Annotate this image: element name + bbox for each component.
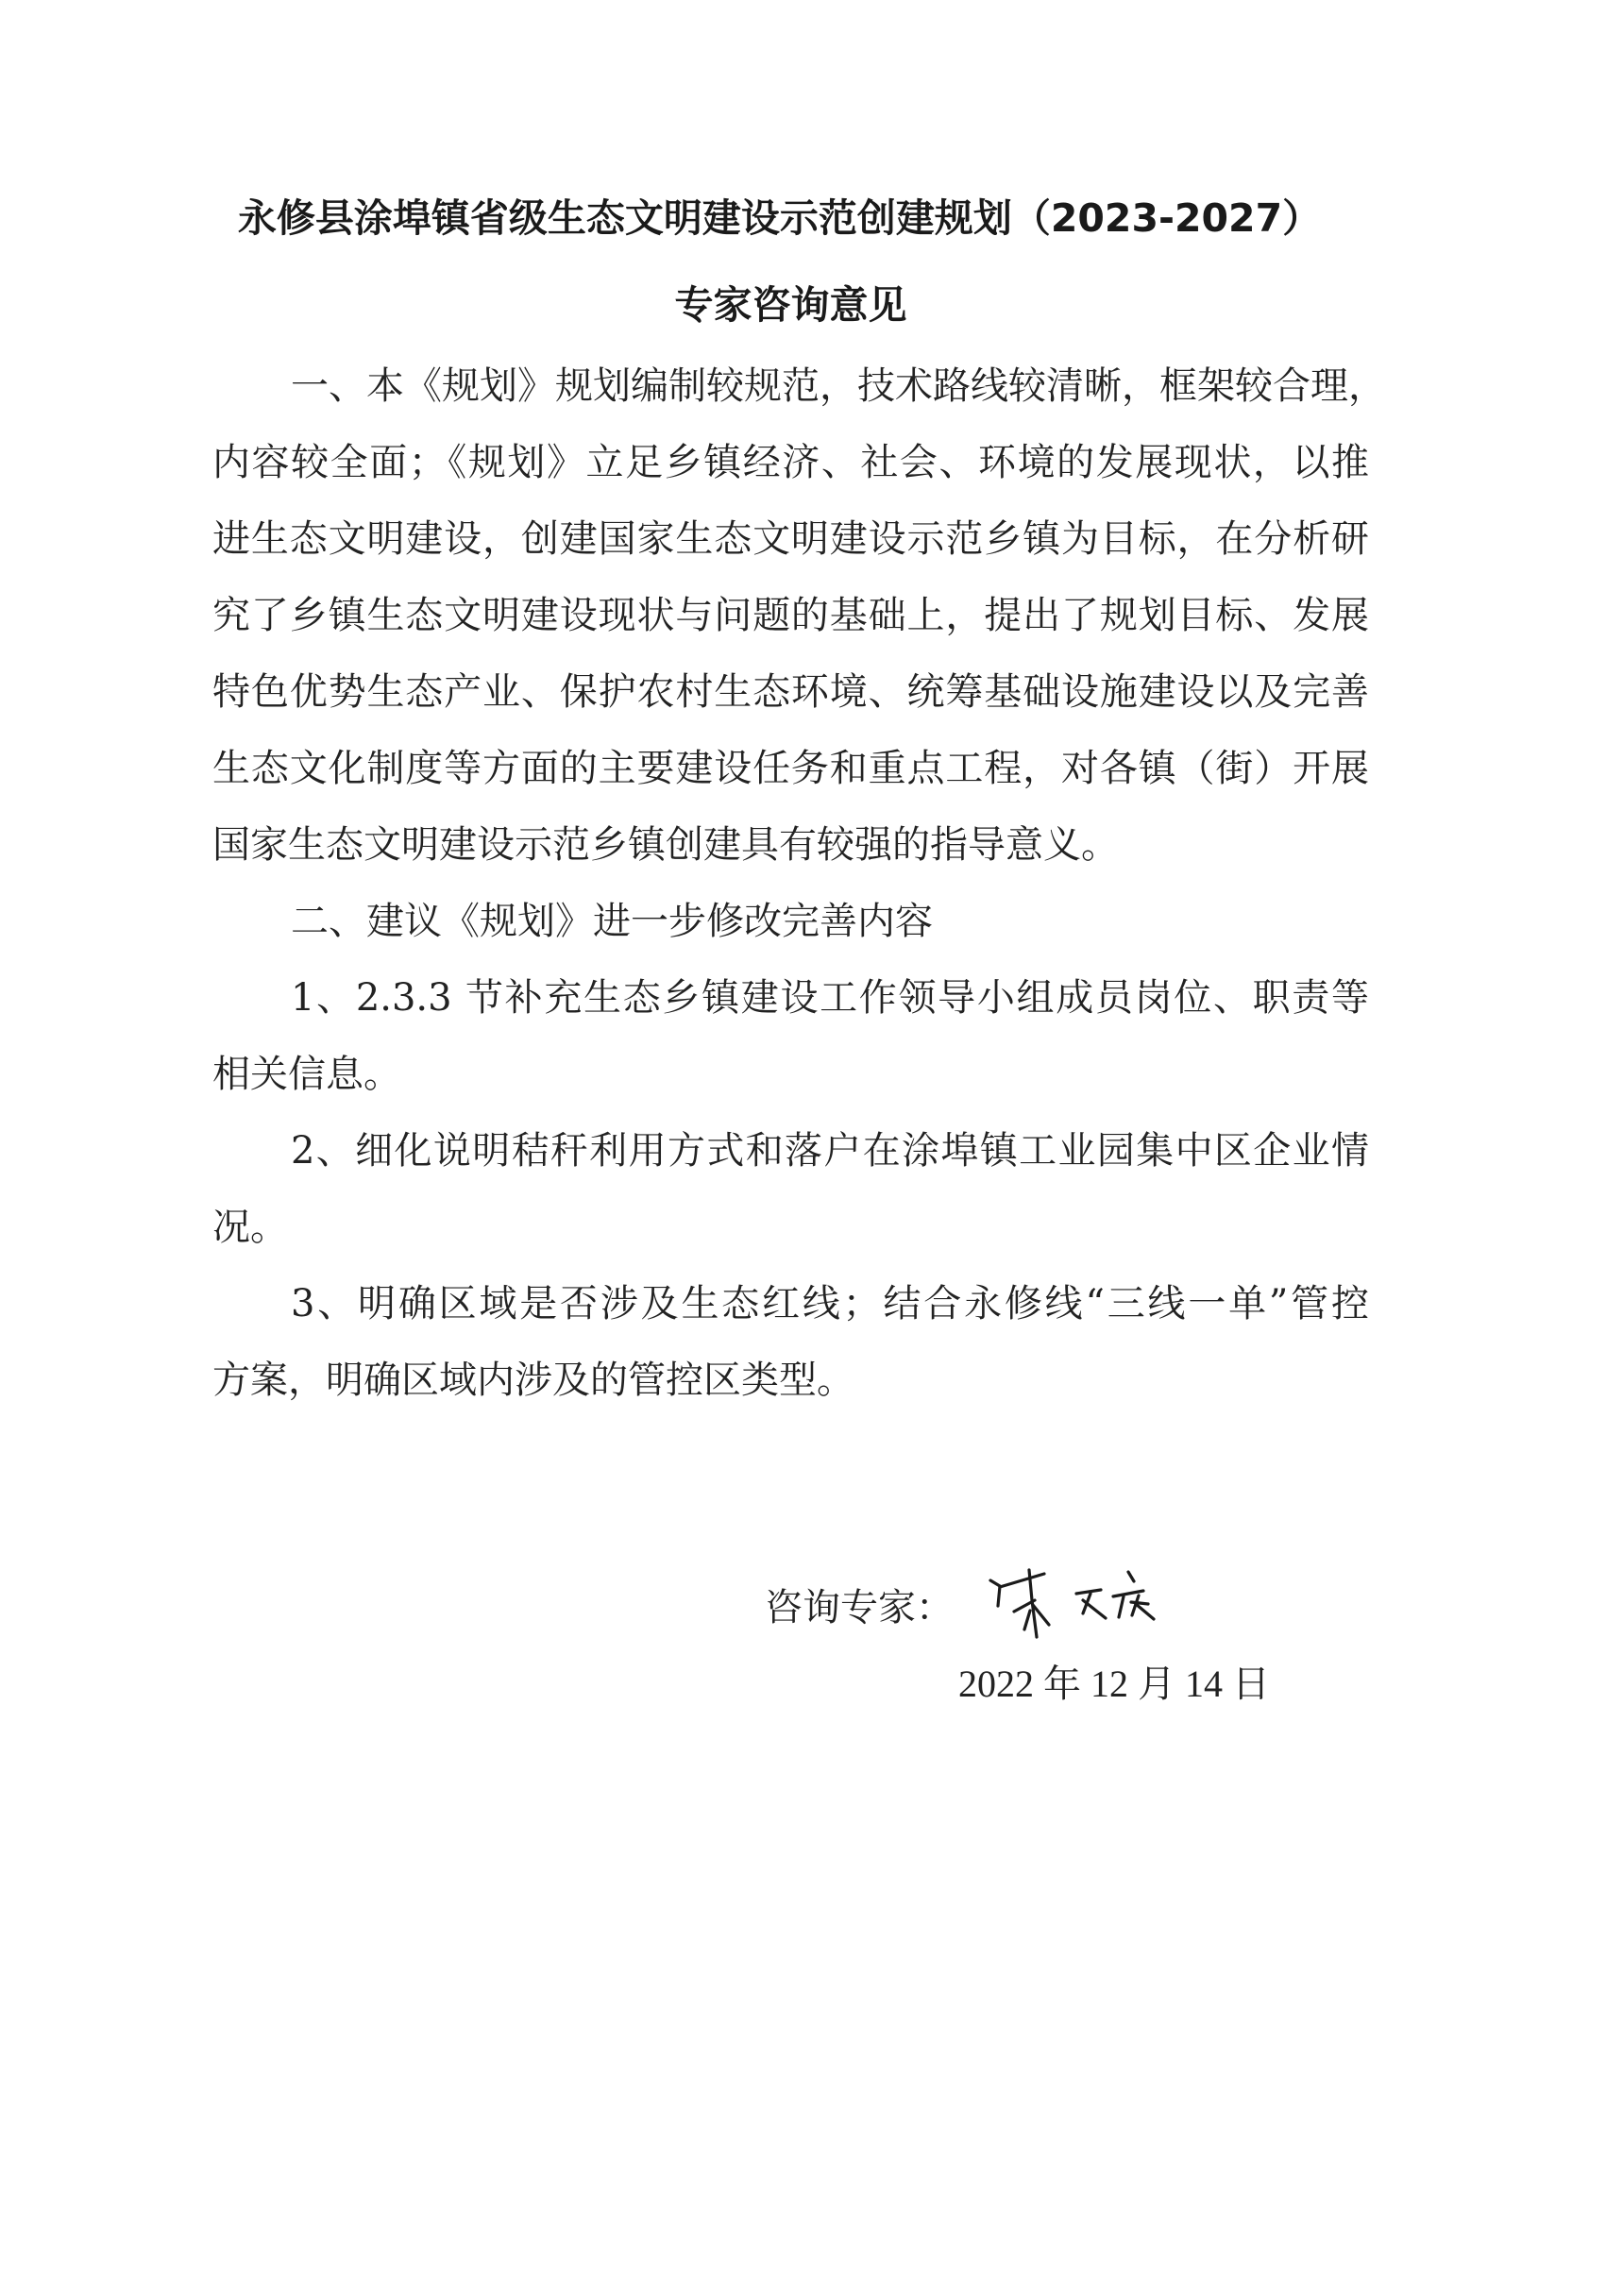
document-title: 永修县涂埠镇省级生态文明建设示范创建规划（2023-2027） — [201, 194, 1358, 242]
suggestion-item-3: 3、明确区域是否涉及生态红线；结合永修线“三线一单”管控 方案，明确区域内涉及的… — [212, 1266, 1369, 1419]
paragraph-line: 1、2.3.3 节补充生态乡镇建设工作领导小组成员岗位、职责等 — [212, 960, 1369, 1037]
paragraph-line: 况。 — [212, 1190, 1369, 1266]
paragraph-line: 究了乡镇生态文明建设现状与问题的基础上，提出了规划目标、发展 — [212, 578, 1369, 654]
paragraph-line: 进生态文明建设，创建国家生态文明建设示范乡镇为目标，在分析研 — [212, 501, 1369, 578]
consultant-label: 咨询专家： — [765, 1584, 954, 1631]
paragraph-line: 方案，明确区域内涉及的管控区类型。 — [212, 1342, 1369, 1419]
document-body: 一、本《规划》规划编制较规范，技术路线较清晰，框架较合理， 内容较全面；《规划》… — [212, 348, 1369, 1419]
suggestion-item-2: 2、细化说明秸秆利用方式和落户在涂埠镇工业园集中区企业情 况。 — [212, 1113, 1369, 1266]
paragraph-line: 内容较全面；《规划》立足乡镇经济、社会、环境的发展现状，以推 — [212, 425, 1369, 501]
paragraph-section-1: 一、本《规划》规划编制较规范，技术路线较清晰，框架较合理， 内容较全面；《规划》… — [212, 348, 1369, 884]
handwritten-signature — [972, 1558, 1180, 1662]
section-heading-line: 二、建议《规划》进一步修改完善内容 — [212, 884, 1369, 960]
document-page: 永修县涂埠镇省级生态文明建设示范创建规划（2023-2027） 专家咨询意见 一… — [0, 0, 1606, 2296]
paragraph-line: 国家生态文明建设示范乡镇创建具有较强的指导意义。 — [212, 807, 1369, 884]
paragraph-line: 2、细化说明秸秆利用方式和落户在涂埠镇工业园集中区企业情 — [212, 1113, 1369, 1190]
paragraph-line: 一、本《规划》规划编制较规范，技术路线较清晰，框架较合理， — [212, 348, 1369, 425]
document-date: 2022 年 12 月 14 日 — [958, 1661, 1270, 1708]
section-heading-suggestions: 二、建议《规划》进一步修改完善内容 — [212, 884, 1369, 960]
paragraph-line: 生态文化制度等方面的主要建设任务和重点工程，对各镇（街）开展 — [212, 731, 1369, 807]
paragraph-line: 相关信息。 — [212, 1037, 1369, 1113]
document-subtitle: 专家咨询意见 — [212, 281, 1369, 329]
paragraph-line: 3、明确区域是否涉及生态红线；结合永修线“三线一单”管控 — [212, 1266, 1369, 1342]
paragraph-line: 特色优势生态产业、保护农村生态环境、统筹基础设施建设以及完善 — [212, 654, 1369, 731]
suggestion-item-1: 1、2.3.3 节补充生态乡镇建设工作领导小组成员岗位、职责等 相关信息。 — [212, 960, 1369, 1113]
